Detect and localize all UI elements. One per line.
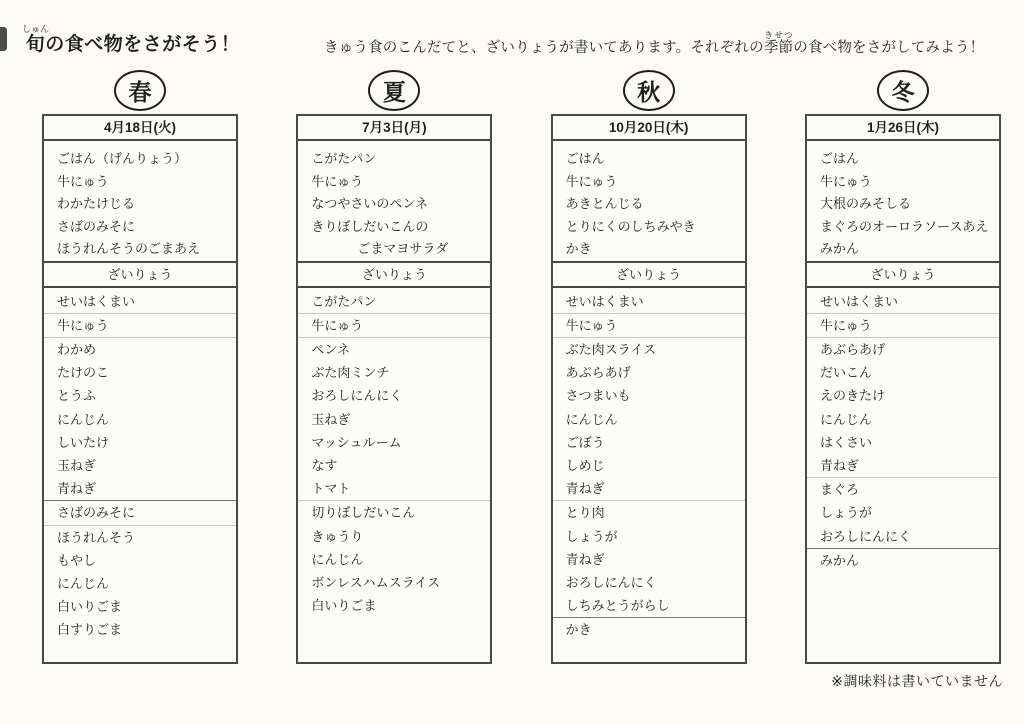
ingredient-item: ペンネ	[298, 338, 490, 361]
ingredient-group: わかめたけのことうふにんじんしいたけ玉ねぎ青ねぎ	[44, 338, 236, 501]
ingredient-item: まぐろ	[807, 478, 999, 501]
ingredient-item: ほうれんそう	[44, 526, 236, 549]
ingredient-item: トマト	[298, 477, 490, 500]
ingredients-header: ざいりょう	[298, 263, 490, 288]
ingredient-item: わかめ	[44, 338, 236, 361]
date-header: 10月20日(木)	[553, 116, 745, 141]
ingredient-item: なす	[298, 454, 490, 477]
menu-item: ごはん	[820, 148, 995, 171]
ingredient-group: こがたパン	[298, 290, 490, 314]
instruction-pre: きゅう食のこんだてと、ざいりょうが書いてあります。それぞれの	[324, 40, 764, 56]
ingredient-item: にんじん	[44, 572, 236, 595]
ingredient-group: ほうれんそうもやしにんじん白いりごま白すりごま	[44, 526, 236, 642]
season-column: 春 4月18日(火) ごはん（げんりょう）牛にゅうわかたけじるさばのみそにほうれ…	[42, 70, 238, 664]
ingredient-item: マッシュルーム	[298, 431, 490, 454]
ingredient-item: はくさい	[807, 431, 999, 454]
instruction-text: きゅう食のこんだてと、ざいりょうが書いてあります。それぞれの季節きせつの食べ物を…	[324, 30, 984, 57]
ingredient-item: 牛にゅう	[807, 314, 999, 337]
menu-list: こがたパン牛にゅうなつやさいのペンネきりぼしだいこんのごまマヨサラダ	[298, 141, 490, 263]
ingredient-item: 青ねぎ	[553, 548, 745, 571]
menu-item: 牛にゅう	[57, 171, 232, 194]
ingredient-item: しょうが	[553, 525, 745, 548]
ingredient-item: 白いりごま	[44, 595, 236, 618]
menu-item: まぐろのオーロラソースあえ	[820, 216, 995, 239]
footnote: ※調味料は書いていません	[831, 671, 1003, 691]
menu-item: かき	[566, 238, 741, 261]
ingredient-item: もやし	[44, 549, 236, 572]
menu-item: 牛にゅう	[566, 171, 741, 194]
ingredients-list: せいはくまい牛にゅうわかめたけのことうふにんじんしいたけ玉ねぎ青ねぎさばのみそに…	[44, 288, 236, 663]
ingredients-header: ざいりょう	[553, 263, 745, 288]
ingredient-item: しいたけ	[44, 431, 236, 454]
ingredient-group: 牛にゅう	[553, 314, 745, 338]
menu-list: ごはん牛にゅう大根のみそしるまぐろのオーロラソースあえみかん	[807, 141, 999, 263]
ingredient-item: 牛にゅう	[298, 314, 490, 337]
ingredients-header: ざいりょう	[807, 263, 999, 288]
season-badge-3: 秋	[623, 70, 675, 111]
ingredient-group: かき	[553, 618, 745, 641]
ingredient-item: ごぼう	[553, 431, 745, 454]
ingredient-item: 玉ねぎ	[44, 454, 236, 477]
ingredient-group: せいはくまい	[553, 290, 745, 314]
menu-item: とりにくのしちみやき	[566, 216, 741, 239]
ingredient-item: にんじん	[553, 408, 745, 431]
title-rest: の食べ物をさがそう！	[45, 34, 240, 55]
menu-list: ごはん（げんりょう）牛にゅうわかたけじるさばのみそにほうれんそうのごまあえ	[44, 141, 236, 263]
ingredient-item: ボンレスハムスライス	[298, 571, 490, 594]
ingredient-group: 牛にゅう	[298, 314, 490, 338]
menu-item: ごまマヨサラダ	[311, 238, 486, 261]
ingredient-item: おろしにんにく	[298, 384, 490, 407]
ingredient-item: にんじん	[298, 548, 490, 571]
season-badge-1: 春	[114, 70, 166, 111]
ingredient-group: さばのみそに	[44, 501, 236, 525]
ingredient-item: にんじん	[807, 408, 999, 431]
worksheet-page: 旬しゅんの食べ物をさがそう！ きゅう食のこんだてと、ざいりょうが書いてあります。…	[0, 0, 1024, 724]
instruction-post: の食べ物をさがしてみよう！	[793, 40, 984, 56]
ingredient-item: 切りぼしだいこん	[298, 501, 490, 524]
date-header: 7月3日(月)	[298, 116, 490, 141]
ingredients-list: せいはくまい牛にゅうあぶらあげだいこんえのきたけにんじんはくさい青ねぎまぐろしょ…	[807, 288, 999, 663]
menu-item: 牛にゅう	[311, 171, 486, 194]
menu-item: ごはん（げんりょう）	[57, 148, 232, 171]
instruction-ruby: 季節きせつ	[764, 40, 793, 56]
scan-artifact	[0, 27, 7, 51]
date-header: 1月26日(木)	[807, 116, 999, 141]
ingredient-item: しめじ	[553, 454, 745, 477]
ingredient-group: みかん	[807, 549, 999, 572]
season-column: 夏 7月3日(月) こがたパン牛にゅうなつやさいのペンネきりぼしだいこんのごまマ…	[296, 70, 492, 664]
ingredients-list: こがたパン牛にゅうペンネぶた肉ミンチおろしにんにく玉ねぎマッシュルームなすトマト…	[298, 288, 490, 663]
menu-item: みかん	[820, 238, 995, 261]
ingredients-list: せいはくまい牛にゅうぶた肉スライスあぶらあげさつまいもにんじんごぼうしめじ青ねぎ…	[553, 288, 745, 663]
ingredient-item: とうふ	[44, 384, 236, 407]
menu-item: きりぼしだいこんの	[311, 216, 486, 239]
ingredient-item: さつまいも	[553, 384, 745, 407]
menu-item: ごはん	[566, 148, 741, 171]
ingredient-item: みかん	[807, 549, 999, 572]
ingredient-group: ペンネぶた肉ミンチおろしにんにく玉ねぎマッシュルームなすトマト	[298, 338, 490, 501]
ingredient-group: ぶた肉スライスあぶらあげさつまいもにんじんごぼうしめじ青ねぎ	[553, 338, 745, 501]
ingredient-item: 白いりごま	[298, 594, 490, 617]
ingredient-item: 白すりごま	[44, 618, 236, 641]
ingredient-item: しょうが	[807, 501, 999, 524]
title-ruby: 旬しゅん	[22, 34, 45, 55]
menu-item: なつやさいのペンネ	[311, 193, 486, 216]
ingredient-item: せいはくまい	[553, 290, 745, 313]
menu-item: 大根のみそしる	[820, 193, 995, 216]
menu-item: あきとんじる	[566, 193, 741, 216]
menu-box: 4月18日(火) ごはん（げんりょう）牛にゅうわかたけじるさばのみそにほうれんそ…	[42, 114, 238, 664]
season-columns: 春 4月18日(火) ごはん（げんりょう）牛にゅうわかたけじるさばのみそにほうれ…	[42, 70, 1001, 664]
ingredient-item: だいこん	[807, 361, 999, 384]
ingredient-item: 青ねぎ	[44, 477, 236, 500]
ingredient-group: 牛にゅう	[807, 314, 999, 338]
ingredient-group: 牛にゅう	[44, 314, 236, 338]
ingredient-item: 青ねぎ	[553, 477, 745, 500]
menu-box: 10月20日(木) ごはん牛にゅうあきとんじるとりにくのしちみやきかき ざいりょ…	[551, 114, 747, 664]
ingredient-item: とり肉	[553, 501, 745, 524]
menu-list: ごはん牛にゅうあきとんじるとりにくのしちみやきかき	[553, 141, 745, 263]
ingredient-item: しちみとうがらし	[553, 594, 745, 617]
page-title: 旬しゅんの食べ物をさがそう！	[22, 24, 240, 56]
ingredient-item: ぶた肉ミンチ	[298, 361, 490, 384]
ingredient-item: せいはくまい	[807, 290, 999, 313]
ingredients-header: ざいりょう	[44, 263, 236, 288]
ingredient-item: あぶらあげ	[553, 361, 745, 384]
ingredient-item: こがたパン	[298, 290, 490, 313]
menu-box: 7月3日(月) こがたパン牛にゅうなつやさいのペンネきりぼしだいこんのごまマヨサ…	[296, 114, 492, 664]
ingredient-item: 牛にゅう	[44, 314, 236, 337]
season-badge-2: 夏	[368, 70, 420, 111]
menu-item: こがたパン	[311, 148, 486, 171]
ingredient-item: さばのみそに	[44, 501, 236, 524]
ingredient-item: 青ねぎ	[807, 454, 999, 477]
ingredient-group: とり肉しょうが青ねぎおろしにんにくしちみとうがらし	[553, 501, 745, 618]
ingredient-group: 切りぼしだいこんきゅうりにんじんボンレスハムスライス白いりごま	[298, 501, 490, 617]
ingredient-group: あぶらあげだいこんえのきたけにんじんはくさい青ねぎ	[807, 338, 999, 478]
ingredient-item: おろしにんにく	[807, 525, 999, 548]
menu-item: 牛にゅう	[820, 171, 995, 194]
ingredient-item: きゅうり	[298, 525, 490, 548]
ingredient-group: せいはくまい	[44, 290, 236, 314]
menu-item: さばのみそに	[57, 216, 232, 239]
ingredient-item: 牛にゅう	[553, 314, 745, 337]
ingredient-item: せいはくまい	[44, 290, 236, 313]
season-column: 秋 10月20日(木) ごはん牛にゅうあきとんじるとりにくのしちみやきかき ざい…	[551, 70, 747, 664]
ingredient-item: かき	[553, 618, 745, 641]
ingredient-item: たけのこ	[44, 361, 236, 384]
ingredient-item: ぶた肉スライス	[553, 338, 745, 361]
season-badge-4: 冬	[877, 70, 929, 111]
ingredient-item: あぶらあげ	[807, 338, 999, 361]
date-header: 4月18日(火)	[44, 116, 236, 141]
ingredient-item: 玉ねぎ	[298, 408, 490, 431]
ingredient-group: せいはくまい	[807, 290, 999, 314]
menu-item: わかたけじる	[57, 193, 232, 216]
ingredient-item: えのきたけ	[807, 384, 999, 407]
menu-box: 1月26日(木) ごはん牛にゅう大根のみそしるまぐろのオーロラソースあえみかん …	[805, 114, 1001, 664]
ingredient-item: おろしにんにく	[553, 571, 745, 594]
menu-item: ほうれんそうのごまあえ	[57, 238, 232, 261]
ingredient-item: にんじん	[44, 408, 236, 431]
ingredient-group: まぐろしょうがおろしにんにく	[807, 478, 999, 549]
season-column: 冬 1月26日(木) ごはん牛にゅう大根のみそしるまぐろのオーロラソースあえみか…	[805, 70, 1001, 664]
